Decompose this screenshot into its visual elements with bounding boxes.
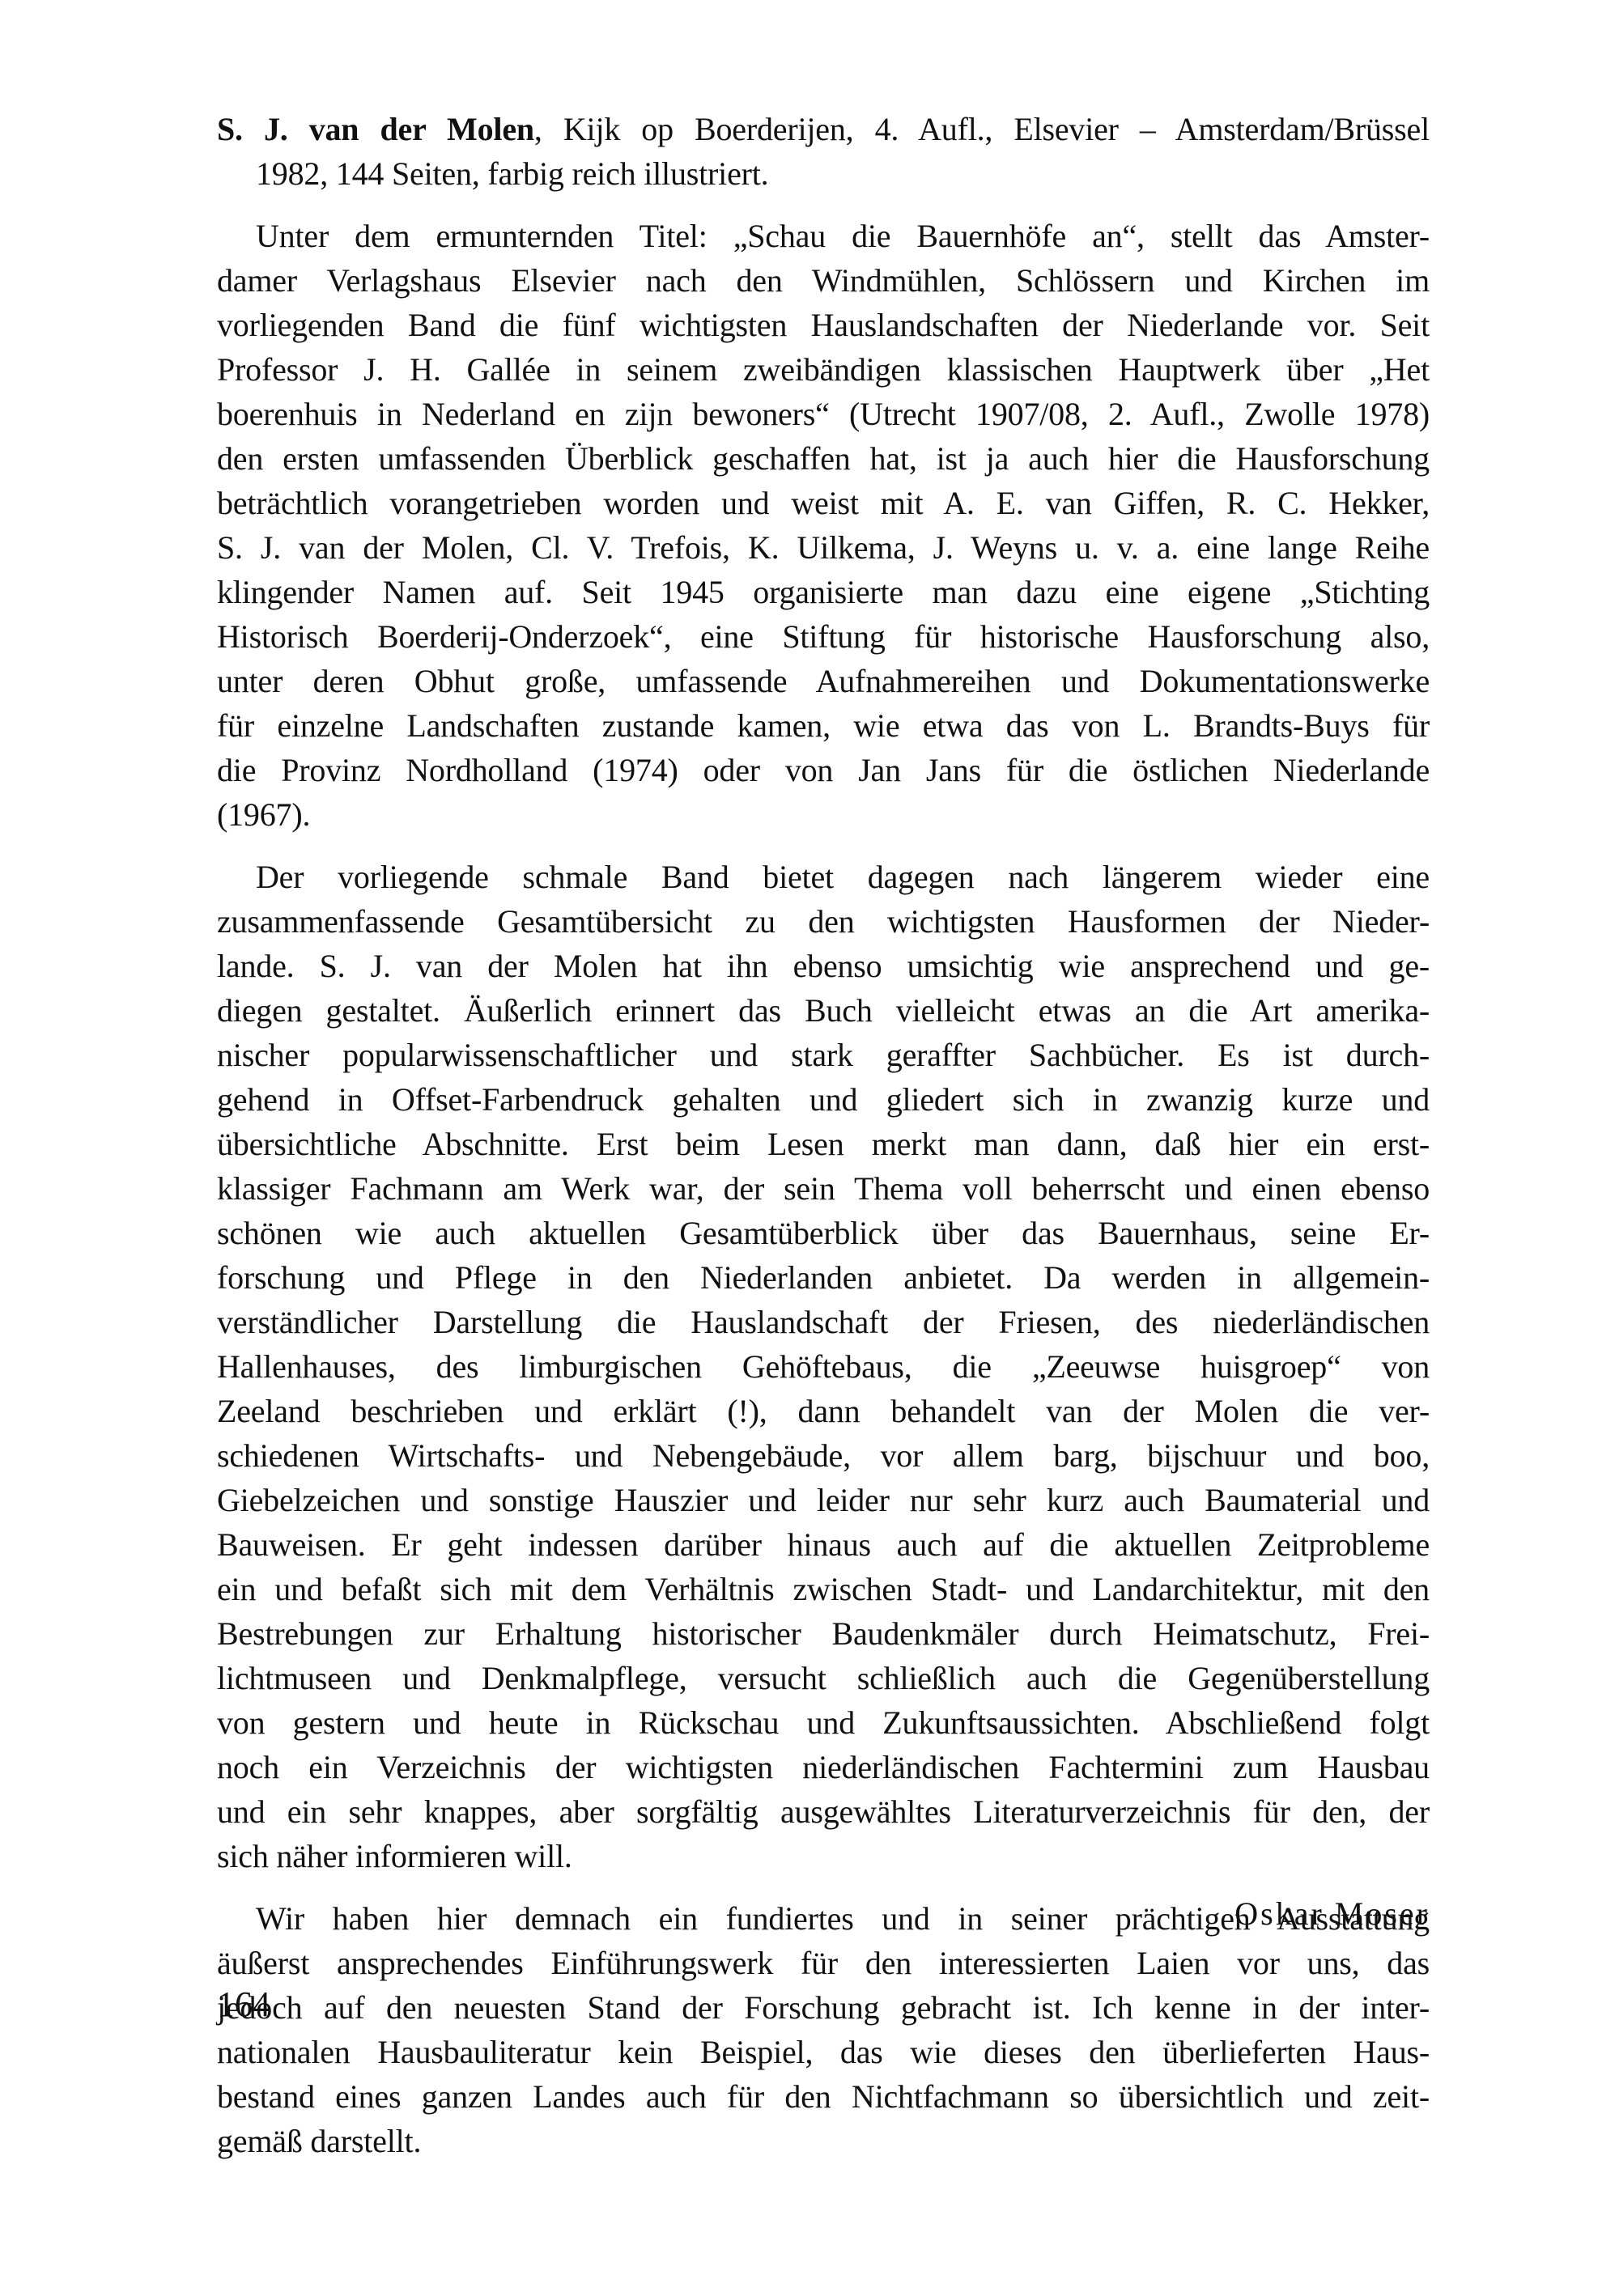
paragraph-2: Der vorliegende schmale Band bietet dage…	[217, 855, 1430, 1878]
text-line: S. J. van der Molen, Cl. V. Trefois, K. …	[217, 525, 1430, 570]
text-line: Zeeland beschrieben und erklärt (!), dan…	[217, 1389, 1430, 1433]
paragraph-3: Wir haben hier demnach ein fundiertes un…	[217, 1896, 1430, 2163]
review-text: S. J. van der Molen, Kijk op Boerderijen…	[217, 107, 1430, 2163]
text-line: sich näher informieren will.	[217, 1834, 1430, 1878]
text-line: nationalen Hausbauliteratur kein Beispie…	[217, 2030, 1430, 2074]
text-line: Bestrebungen zur Erhaltung historischer …	[217, 1611, 1430, 1656]
page-number: 164	[217, 1980, 270, 2029]
text-line: schönen wie auch aktuellen Gesamtüberbli…	[217, 1211, 1430, 1255]
text-line: verständlicher Darstellung die Hauslands…	[217, 1300, 1430, 1344]
text-line: von gestern und heute in Rückschau und Z…	[217, 1700, 1430, 1745]
bib-line-1: S. J. van der Molen, Kijk op Boerderijen…	[217, 107, 1430, 151]
paragraph-gap	[217, 196, 1430, 214]
text-line: lichtmuseen und Denkmalpflege, versucht …	[217, 1656, 1430, 1700]
reviewer-signature: Oskar Moser	[1234, 1891, 1430, 1936]
document-page: S. J. van der Molen, Kijk op Boerderijen…	[0, 0, 1619, 2296]
text-line: Der vorliegende schmale Band bietet dage…	[217, 855, 1430, 899]
bibliographic-entry: S. J. van der Molen, Kijk op Boerderijen…	[217, 107, 1430, 196]
text-line: forschung und Pflege in den Niederlanden…	[217, 1255, 1430, 1300]
text-line: die Provinz Nordholland (1974) oder von …	[217, 748, 1430, 792]
text-line: Professor J. H. Gallée in seinem zweibän…	[217, 347, 1430, 392]
text-line: zusammenfassende Gesamtübersicht zu den …	[217, 899, 1430, 944]
text-line: unter deren Obhut große, umfassende Aufn…	[217, 659, 1430, 703]
text-line: gehend in Offset-Farbendruck gehalten un…	[217, 1077, 1430, 1122]
text-line: den ersten umfassenden Überblick geschaf…	[217, 436, 1430, 481]
text-line: vorliegenden Band die fünf wichtigsten H…	[217, 303, 1430, 347]
paragraph-gap	[217, 837, 1430, 855]
text-line: diegen gestaltet. Äußerlich erinnert das…	[217, 988, 1430, 1033]
text-line: noch ein Verzeichnis der wichtigsten nie…	[217, 1745, 1430, 1789]
text-line: klassiger Fachmann am Werk war, der sein…	[217, 1166, 1430, 1211]
text-line: übersichtliche Abschnitte. Erst beim Les…	[217, 1122, 1430, 1166]
text-line: für einzelne Landschaften zustande kamen…	[217, 703, 1430, 748]
book-title-publisher: , Kijk op Boerderijen, 4. Aufl., Elsevie…	[534, 111, 1430, 147]
text-line: boerenhuis in Nederland en zijn bewoners…	[217, 392, 1430, 436]
text-line: beträchtlich vorangetrieben worden und w…	[217, 481, 1430, 525]
paragraph-1: Unter dem ermunternden Titel: „Schau die…	[217, 214, 1430, 837]
text-line: Historisch Boerderij-Onderzoek“, eine St…	[217, 614, 1430, 659]
text-line: jedoch auf den neuesten Stand der Forsch…	[217, 1985, 1430, 2030]
text-line: und ein sehr knappes, aber sorgfältig au…	[217, 1789, 1430, 1834]
text-line: ein und befaßt sich mit dem Verhältnis z…	[217, 1567, 1430, 1611]
text-line: Bauweisen. Er geht indessen darüber hina…	[217, 1522, 1430, 1567]
text-line: gemäß darstellt.	[217, 2119, 1430, 2163]
text-line: lande. S. J. van der Molen hat ihn ebens…	[217, 944, 1430, 988]
text-line: Unter dem ermunternden Titel: „Schau die…	[217, 214, 1430, 258]
text-line: schiedenen Wirtschafts- und Nebengebäude…	[217, 1433, 1430, 1478]
text-line: (1967).	[217, 792, 1430, 837]
text-line: nischer popularwissenschaftlicher und st…	[217, 1033, 1430, 1077]
bib-line-2: 1982, 144 Seiten, farbig reich illustrie…	[217, 151, 1430, 196]
text-line: äußerst ansprechendes Einführungswerk fü…	[217, 1941, 1430, 1985]
text-line: damer Verlagshaus Elsevier nach den Wind…	[217, 258, 1430, 303]
text-line: bestand eines ganzen Landes auch für den…	[217, 2074, 1430, 2119]
text-line: Giebelzeichen und sonstige Hauszier und …	[217, 1478, 1430, 1522]
book-author: S. J. van der Molen	[217, 111, 534, 147]
text-line: Hallenhauses, des limburgischen Gehöfteb…	[217, 1344, 1430, 1389]
text-line: klingender Namen auf. Seit 1945 organisi…	[217, 570, 1430, 614]
